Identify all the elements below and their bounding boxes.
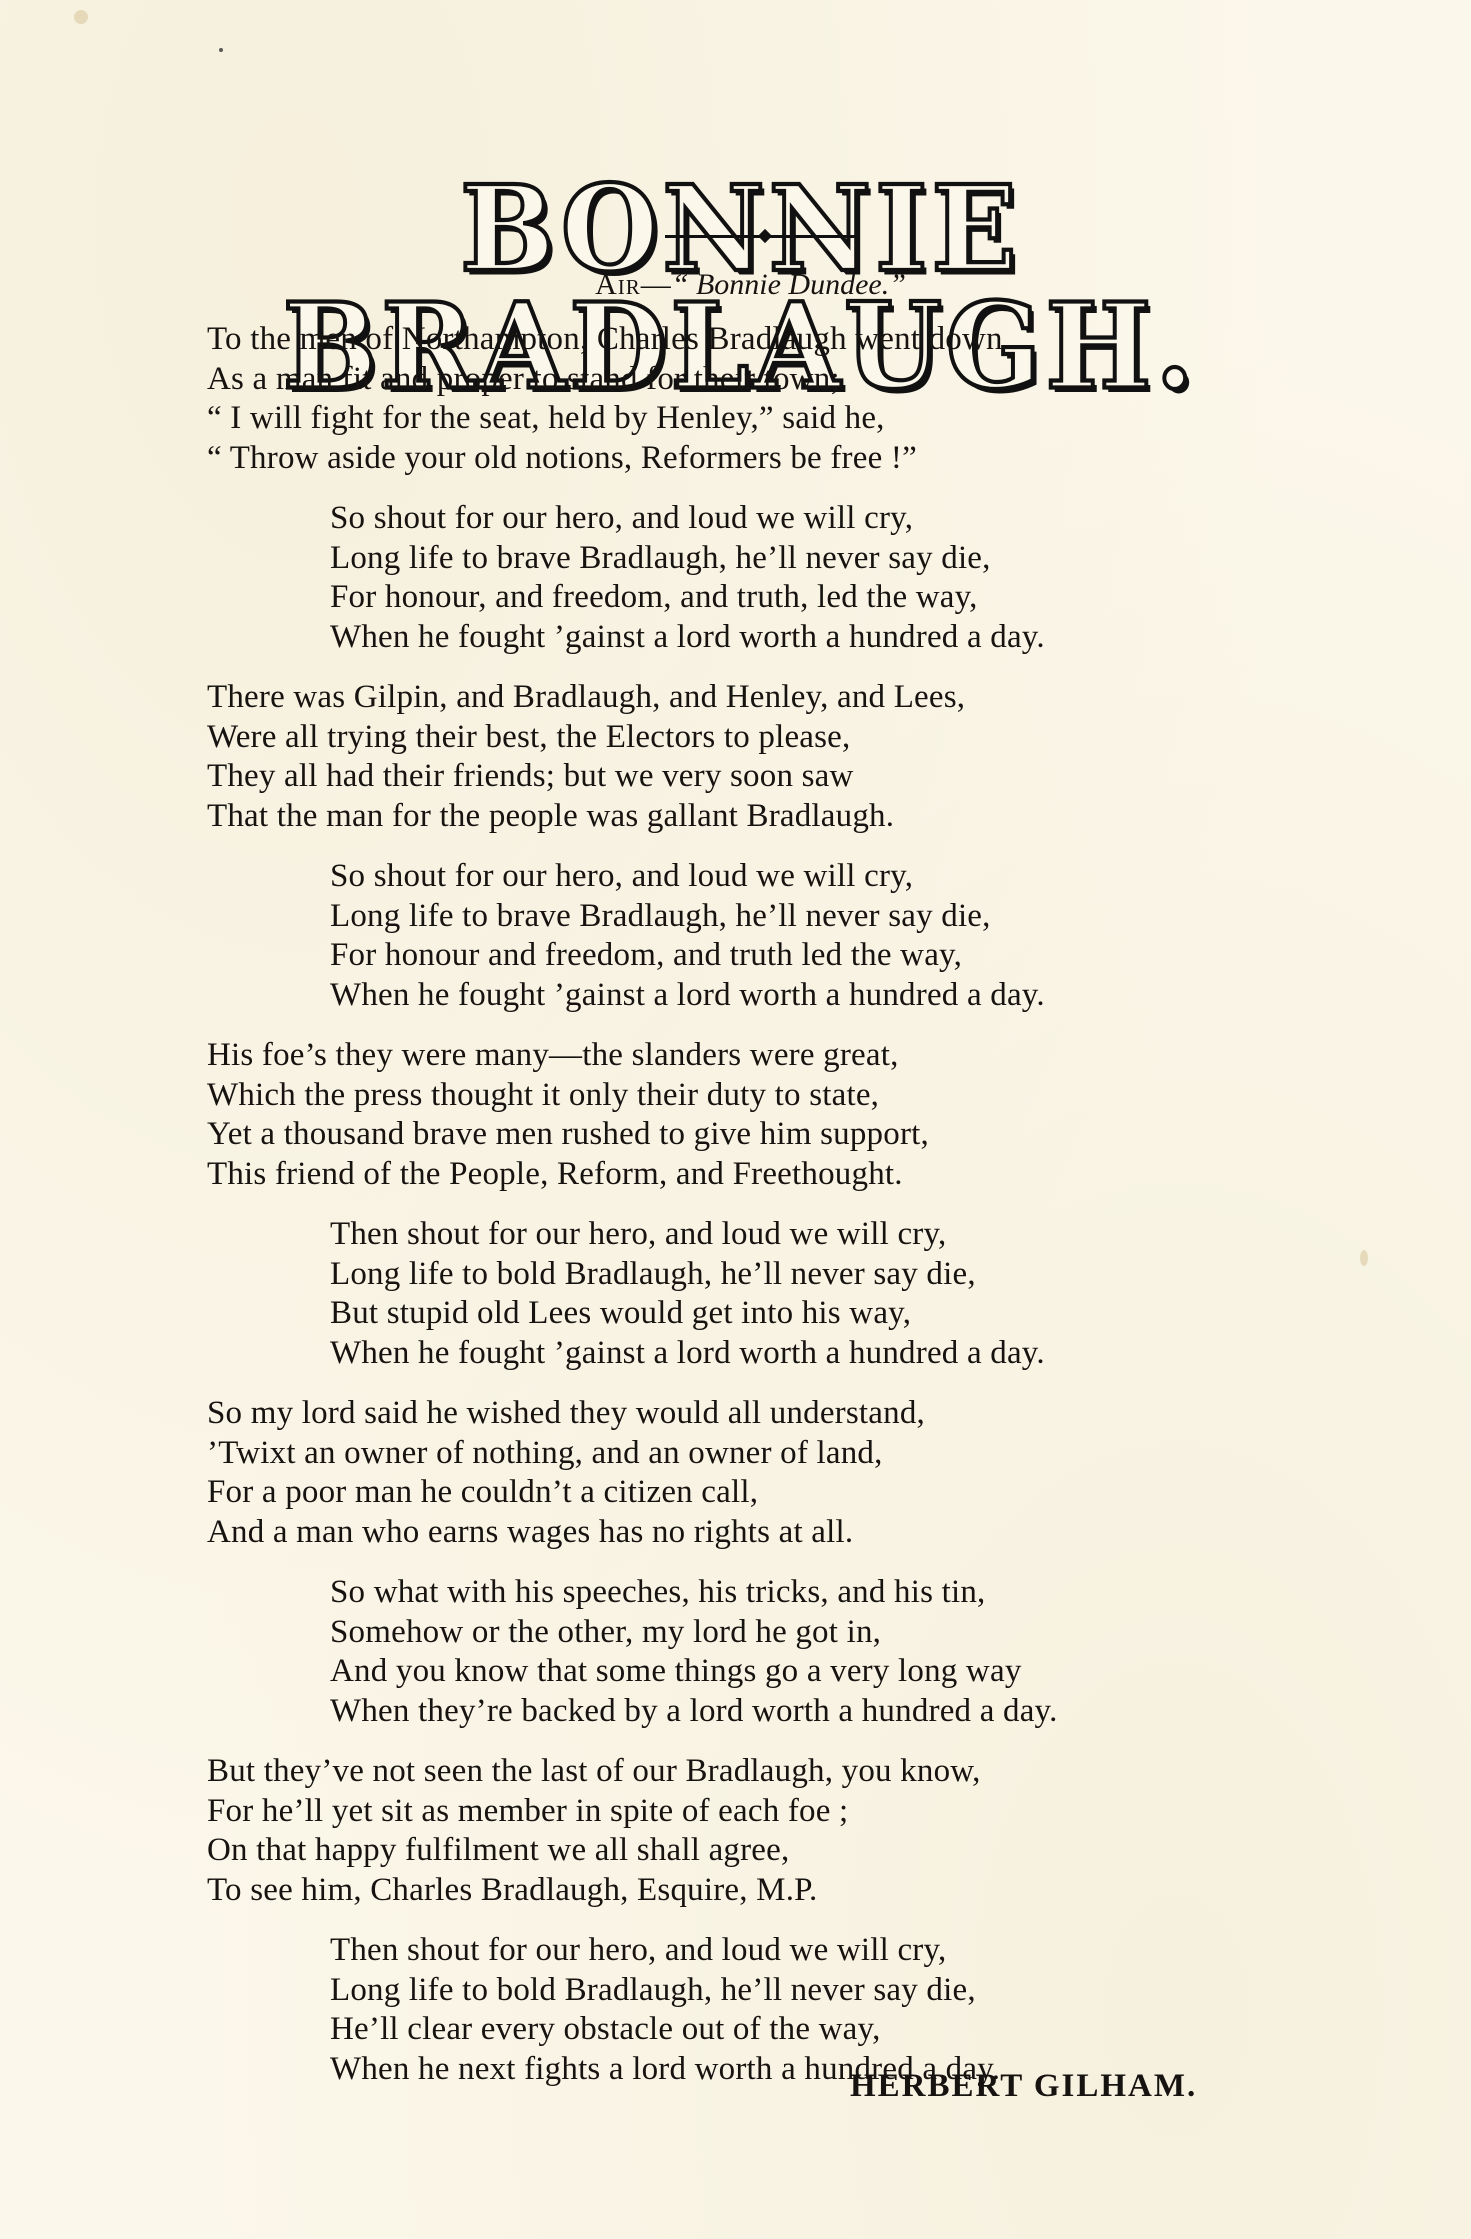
poem-line: There was Gilpin, and Bradlaugh, and Hen… [207, 678, 1357, 718]
poem-line: Then shout for our hero, and loud we wil… [207, 1931, 1357, 1971]
poem-line: On that happy fulfilment we all shall ag… [207, 1831, 1357, 1871]
poem-line: And you know that some things go a very … [207, 1652, 1357, 1692]
air-label: Air— [595, 268, 672, 301]
poem-line: So my lord said he wished they would all… [207, 1394, 1357, 1434]
poem-line: He’ll clear every obstacle out of the wa… [207, 2010, 1357, 2050]
poem-line: Were all trying their best, the Electors… [207, 718, 1357, 758]
poem-line: So shout for our hero, and loud we will … [207, 499, 1357, 539]
paper-stain [74, 10, 88, 24]
air-tune-name: “ Bonnie Dundee.” [672, 268, 906, 301]
paper-speck [219, 48, 223, 52]
poem-line: And a man who earns wages has no rights … [207, 1513, 1357, 1553]
poem-line: But stupid old Lees would get into his w… [207, 1294, 1357, 1334]
poem-line: His foe’s they were many—the slanders we… [207, 1036, 1357, 1076]
poem-line: That the man for the people was gallant … [207, 797, 1357, 837]
stanza-verse-2: There was Gilpin, and Bradlaugh, and Hen… [207, 678, 1357, 836]
stanza-chorus-1: So shout for our hero, and loud we will … [207, 499, 1357, 657]
air-attribution: Air—“ Bonnie Dundee.” [0, 268, 1471, 302]
poem-line: For honour and freedom, and truth led th… [207, 936, 1357, 976]
stanza-chorus-4: So what with his speeches, his tricks, a… [207, 1573, 1357, 1731]
stanza-verse-1: To the men of Northampton, Charles Bradl… [207, 320, 1357, 478]
poem-line: Long life to bold Bradlaugh, he’ll never… [207, 1971, 1357, 2011]
poem-line: They all had their friends; but we very … [207, 757, 1357, 797]
stanza-chorus-5: Then shout for our hero, and loud we wil… [207, 1931, 1357, 2089]
poem-line: ’Twixt an owner of nothing, and an owner… [207, 1434, 1357, 1474]
poem-line: Which the press thought it only their du… [207, 1076, 1357, 1116]
paper-stain [1360, 1250, 1368, 1266]
poem-line: As a man fit and proper to stand for the… [207, 360, 1357, 400]
stanza-verse-5: But they’ve not seen the last of our Bra… [207, 1752, 1357, 1910]
poem-line: Long life to bold Bradlaugh, he’ll never… [207, 1255, 1357, 1295]
stanza-chorus-3: Then shout for our hero, and loud we wil… [207, 1215, 1357, 1373]
poem-line: This friend of the People, Reform, and F… [207, 1155, 1357, 1195]
poem-line: Then shout for our hero, and loud we wil… [207, 1215, 1357, 1255]
poem-line: For a poor man he couldn’t a citizen cal… [207, 1473, 1357, 1513]
stanza-verse-4: So my lord said he wished they would all… [207, 1394, 1357, 1552]
poem-body: To the men of Northampton, Charles Bradl… [207, 320, 1357, 2089]
author-signature: HERBERT GILHAM. [850, 2068, 1197, 2105]
poem-line: To the men of Northampton, Charles Bradl… [207, 320, 1357, 360]
poem-line: So what with his speeches, his tricks, a… [207, 1573, 1357, 1613]
poem-line: When they’re backed by a lord worth a hu… [207, 1692, 1357, 1732]
stanza-verse-3: His foe’s they were many—the slanders we… [207, 1036, 1357, 1194]
poem-line: So shout for our hero, and loud we will … [207, 857, 1357, 897]
poem-line: Long life to brave Bradlaugh, he’ll neve… [207, 539, 1357, 579]
poem-line: For honour, and freedom, and truth, led … [207, 578, 1357, 618]
poem-line: To see him, Charles Bradlaugh, Esquire, … [207, 1871, 1357, 1911]
poem-line: When he fought ’gainst a lord worth a hu… [207, 618, 1357, 658]
poem-line: Yet a thousand brave men rushed to give … [207, 1115, 1357, 1155]
poem-line: But they’ve not seen the last of our Bra… [207, 1752, 1357, 1792]
poem-line: When he fought ’gainst a lord worth a hu… [207, 976, 1357, 1016]
poem-line: “ I will fight for the seat, held by Hen… [207, 399, 1357, 439]
poem-line: When he fought ’gainst a lord worth a hu… [207, 1334, 1357, 1374]
poem-line: Somehow or the other, my lord he got in, [207, 1613, 1357, 1653]
poem-line: “ Throw aside your old notions, Reformer… [207, 439, 1357, 479]
poem-line: For he’ll yet sit as member in spite of … [207, 1792, 1357, 1832]
poem-line: Long life to brave Bradlaugh, he’ll neve… [207, 897, 1357, 937]
stanza-chorus-2: So shout for our hero, and loud we will … [207, 857, 1357, 1015]
